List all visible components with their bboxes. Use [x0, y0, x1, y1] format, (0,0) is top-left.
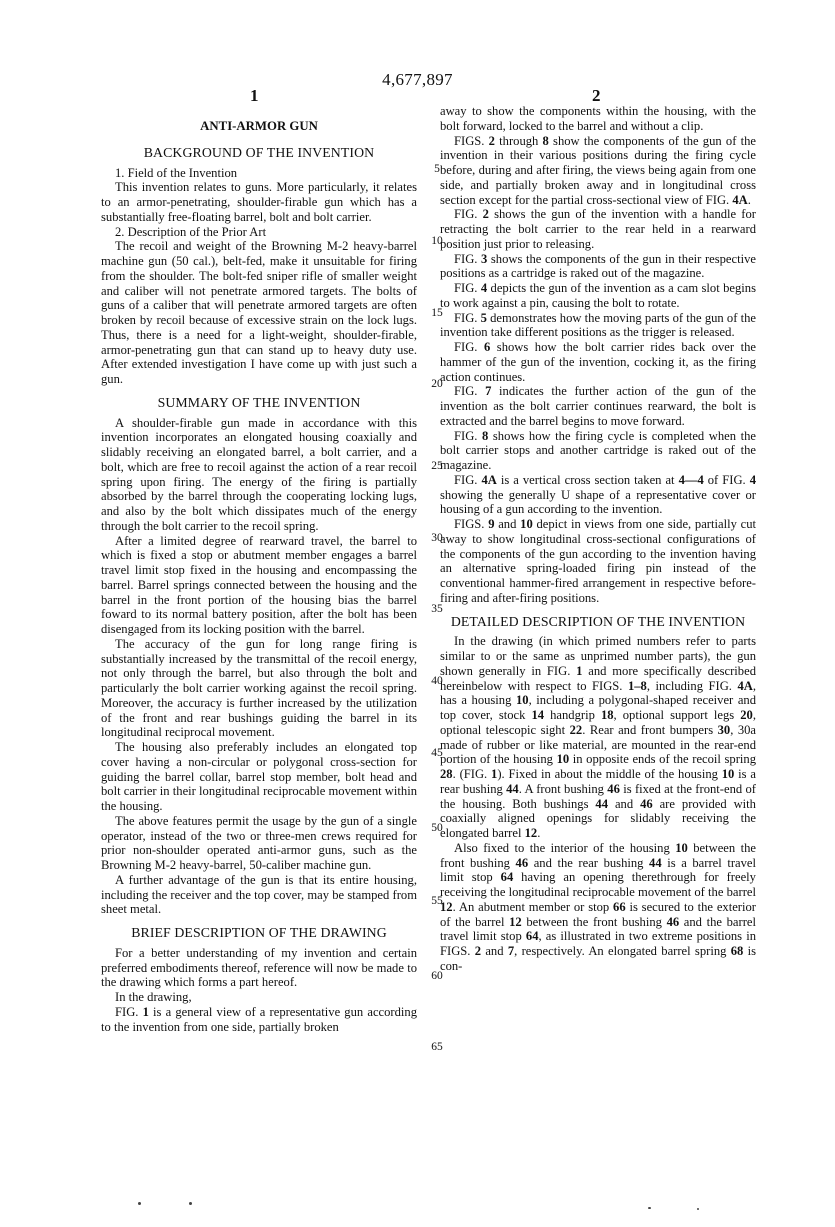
- paragraph: The recoil and weight of the Browning M-…: [101, 239, 417, 387]
- figure-description: FIG. 3 shows the components of the gun i…: [440, 252, 756, 282]
- section-heading-detailed-description: DETAILED DESCRIPTION OF THE INVENTION: [440, 615, 756, 630]
- right-column: away to show the components within the h…: [440, 104, 756, 974]
- line-number: 45: [427, 747, 447, 759]
- paragraph: In the drawing (in which primed numbers …: [440, 634, 756, 841]
- line-number: 20: [427, 378, 447, 390]
- figure-description: FIG. 8 shows how the firing cycle is com…: [440, 429, 756, 473]
- paragraph: For a better understanding of my inventi…: [101, 946, 417, 990]
- left-column: ANTI-ARMOR GUN BACKGROUND OF THE INVENTI…: [101, 116, 417, 1034]
- scan-speck: [189, 1202, 192, 1205]
- paragraph: Also fixed to the interior of the housin…: [440, 841, 756, 974]
- column-number-right: 2: [592, 86, 601, 106]
- column-number-left: 1: [250, 86, 259, 106]
- scan-speck: [648, 1207, 651, 1209]
- line-number: 25: [427, 460, 447, 472]
- paragraph-continued: away to show the components within the h…: [440, 104, 756, 134]
- paragraph: FIG. 1 is a general view of a representa…: [101, 1005, 417, 1035]
- line-number: 65: [427, 1041, 447, 1053]
- subheading-prior-art: 2. Description of the Prior Art: [101, 225, 417, 240]
- figure-description: FIGS. 9 and 10 depict in views from one …: [440, 517, 756, 606]
- line-number: 10: [427, 235, 447, 247]
- document-title: ANTI-ARMOR GUN: [101, 119, 417, 134]
- figure-description: FIG. 6 shows how the bolt carrier rides …: [440, 340, 756, 384]
- patent-number: 4,677,897: [0, 70, 835, 90]
- paragraph: The housing also preferably includes an …: [101, 740, 417, 814]
- line-number: 35: [427, 603, 447, 615]
- line-number: 30: [427, 532, 447, 544]
- line-number: 40: [427, 675, 447, 687]
- figure-description: FIGS. 2 through 8 show the components of…: [440, 134, 756, 208]
- paragraph: The above features permit the usage by t…: [101, 814, 417, 873]
- figure-description: FIG. 7 indicates the further action of t…: [440, 384, 756, 428]
- figure-description: FIG. 5 demonstrates how the moving parts…: [440, 311, 756, 341]
- section-heading-background: BACKGROUND OF THE INVENTION: [101, 146, 417, 161]
- line-number: 5: [427, 163, 447, 175]
- section-heading-brief-description: BRIEF DESCRIPTION OF THE DRAWING: [101, 926, 417, 941]
- paragraph: The accuracy of the gun for long range f…: [101, 637, 417, 740]
- paragraph: A further advantage of the gun is that i…: [101, 873, 417, 917]
- paragraph: In the drawing,: [101, 990, 417, 1005]
- figure-description: FIG. 2 shows the gun of the invention wi…: [440, 207, 756, 251]
- paragraph: This invention relates to guns. More par…: [101, 180, 417, 224]
- subheading-field: 1. Field of the Invention: [101, 166, 417, 181]
- scan-speck: [138, 1202, 141, 1205]
- paragraph: A shoulder-firable gun made in accordanc…: [101, 416, 417, 534]
- paragraph: After a limited degree of rearward trave…: [101, 534, 417, 637]
- line-number: 55: [427, 895, 447, 907]
- figure-description: FIG. 4A is a vertical cross section take…: [440, 473, 756, 517]
- scan-speck: [697, 1208, 699, 1210]
- line-number: 50: [427, 822, 447, 834]
- line-number: 60: [427, 970, 447, 982]
- line-number: 15: [427, 307, 447, 319]
- section-heading-summary: SUMMARY OF THE INVENTION: [101, 396, 417, 411]
- figure-description: FIG. 4 depicts the gun of the invention …: [440, 281, 756, 311]
